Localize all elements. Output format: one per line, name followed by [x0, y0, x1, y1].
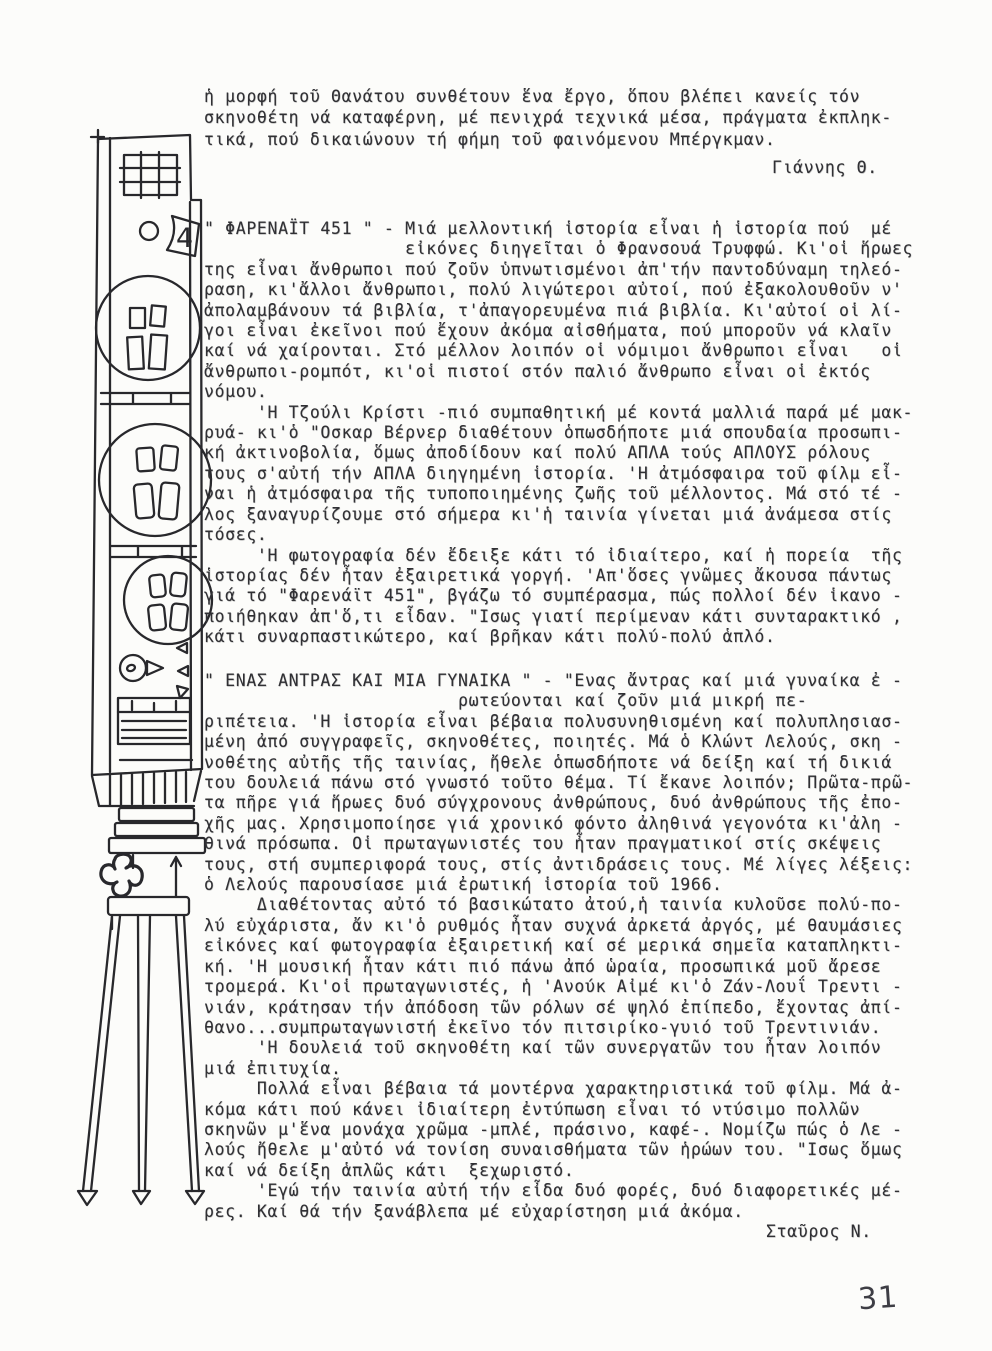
lens-circle	[140, 222, 158, 240]
review-man-and-woman: " ΕΝΑΣ ΑΝΤΡΑΣ ΚΑΙ ΜΙΑ ΓΥΝΑΙΚΑ " - "Ενας …	[204, 671, 913, 1222]
column-arrow	[171, 857, 181, 896]
divider-rail-2	[111, 546, 196, 557]
film-magazine-grid	[120, 152, 180, 198]
review-fahrenheit-451: " ΦΑΡΕΝΑΪΤ 451 " - Μιά μελλοντική ἱστορί…	[204, 219, 913, 648]
scanned-magazine-page: { "page": { "background": "#fcfcfa", "in…	[0, 0, 992, 1351]
crank-wheel	[101, 854, 142, 896]
tripod-leg-left	[83, 916, 120, 1191]
adjustment-triangles	[177, 643, 188, 698]
tripod-foot-right	[186, 1191, 204, 1204]
film-reel-2	[99, 424, 211, 536]
tripod-foot-middle	[133, 1191, 150, 1204]
tripod-foot-left	[78, 1191, 97, 1205]
badge-digit: 4	[176, 223, 193, 254]
tripod	[78, 916, 204, 1205]
signature-giannis: Γιάννης Θ.	[772, 158, 878, 178]
divider-rail-1	[101, 393, 190, 404]
intro-paragraph: ἡ μορφή τοῦ Θανάτου συνθέτουν ἕνα ἔργο, …	[204, 86, 892, 150]
signature-stavros: Σταῦρος Ν.	[766, 1222, 872, 1242]
focus-knob	[120, 655, 163, 681]
bellows	[92, 771, 201, 806]
vent-panel	[118, 698, 192, 760]
lens-badge: 4	[140, 216, 199, 256]
film-reel-1	[96, 276, 200, 380]
page-number: 31	[857, 1280, 900, 1318]
film-reel-3	[124, 556, 212, 644]
tripod-leg-middle	[138, 916, 150, 1191]
mount-plates	[108, 808, 205, 929]
camera-illustration: 4	[58, 128, 228, 1228]
tripod-leg-right	[176, 916, 199, 1191]
